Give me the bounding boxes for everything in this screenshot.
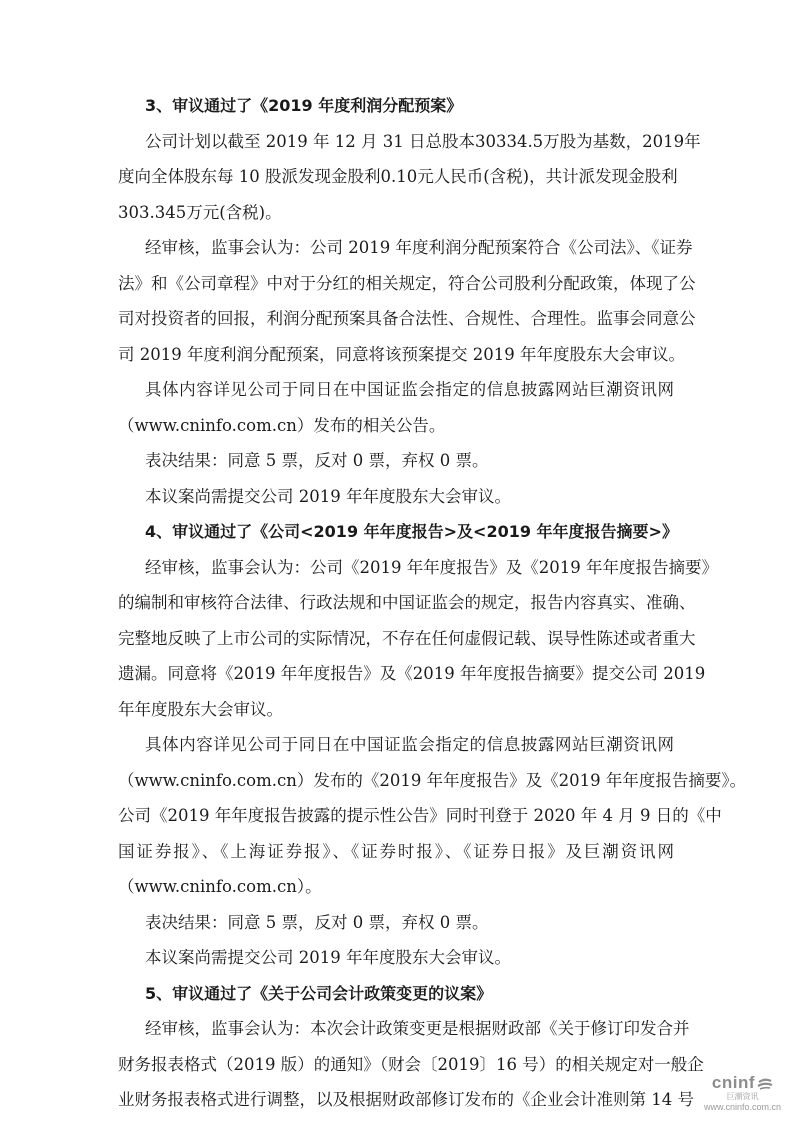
cninfo-logo: cninf	[704, 1073, 781, 1093]
paragraph-line: （www.cninfo.com.cn）发布的相关公告。	[118, 408, 674, 444]
paragraph-line: 国证券报》、《上海证券报》、《证券时报》、《证券日报》及巨潮资讯网	[118, 834, 674, 870]
paragraph-line: 公司计划以截至 2019 年 12 月 31 日总股本30334.5万股为基数，…	[118, 124, 674, 160]
paragraph-line: 具体内容详见公司于同日在中国证监会指定的信息披露网站巨潮资讯网	[118, 727, 674, 763]
paragraph-line: （www.cninfo.com.cn）。	[118, 869, 674, 905]
paragraph-line: 业财务报表格式进行调整，以及根据财政部修订发布的《企业会计准则第 14 号	[118, 1082, 674, 1118]
paragraph-line: 法》和《公司章程》中对于分红的相关规定，符合公司股利分配政策，体现了公	[118, 266, 674, 302]
section-heading: 4、审议通过了《公司<2019 年年度报告>及<2019 年年度报告摘要>》	[118, 514, 674, 550]
cninfo-watermark: cninf 巨潮资讯 www.cninfo.com.cn	[704, 1073, 781, 1112]
pending-approval-note: 本议案尚需提交公司 2019 年年度股东大会审议。	[118, 479, 674, 515]
paragraph-line: 完整地反映了上市公司的实际情况，不存在任何虚假记载、误导性陈述或者重大	[118, 621, 674, 657]
paragraph-line: 的编制和审核符合法律、行政法规和中国证监会的规定，报告内容真实、准确、	[118, 585, 674, 621]
brand-text: cninf	[712, 1073, 755, 1092]
paragraph-line: 年年度股东大会审议。	[118, 692, 674, 728]
section-heading: 5、审议通过了《关于公司会计政策变更的议案》	[118, 976, 674, 1012]
paragraph-line: 公司《2019 年年度报告披露的提示性公告》同时刊登于 2020 年 4 月 9…	[118, 798, 674, 834]
paragraph-line: 具体内容详见公司于同日在中国证监会指定的信息披露网站巨潮资讯网	[118, 372, 674, 408]
paragraph-line: 经审核，监事会认为：公司 2019 年度利润分配预案符合《公司法》、《证券	[118, 230, 674, 266]
section-heading: 3、审议通过了《2019 年度利润分配预案》	[118, 88, 674, 124]
document-page: 3、审议通过了《2019 年度利润分配预案》 公司计划以截至 2019 年 12…	[118, 88, 674, 1118]
paragraph-line: 303.345万元(含税)。	[118, 195, 674, 231]
vote-result: 表决结果：同意 5 票，反对 0 票，弃权 0 票。	[118, 905, 674, 941]
brand-url: www.cninfo.com.cn	[704, 1102, 781, 1112]
paragraph-line: 经审核，监事会认为：本次会计政策变更是根据财政部《关于修订印发合并	[118, 1011, 674, 1047]
paragraph-line: 财务报表格式（2019 版）的通知》（财会〔2019〕16 号）的相关规定对一般…	[118, 1047, 674, 1083]
vote-result: 表决结果：同意 5 票，反对 0 票，弃权 0 票。	[118, 443, 674, 479]
paragraph-line: 经审核，监事会认为：公司《2019 年年度报告》及《2019 年年度报告摘要》	[118, 550, 674, 586]
paragraph-line: 遗漏。同意将《2019 年年度报告》及《2019 年年度报告摘要》提交公司 20…	[118, 656, 674, 692]
cninfo-swirl-icon	[757, 1078, 773, 1090]
paragraph-line: 司对投资者的回报，利润分配预案具备合法性、合规性、合理性。监事会同意公	[118, 301, 674, 337]
pending-approval-note: 本议案尚需提交公司 2019 年年度股东大会审议。	[118, 940, 674, 976]
paragraph-line: （www.cninfo.com.cn）发布的《2019 年年度报告》及《2019…	[118, 763, 674, 799]
paragraph-line: 司 2019 年度利润分配预案，同意将该预案提交 2019 年年度股东大会审议。	[118, 337, 674, 373]
paragraph-line: 度向全体股东每 10 股派发现金股利0.10元人民币(含税)，共计派发现金股利	[118, 159, 674, 195]
